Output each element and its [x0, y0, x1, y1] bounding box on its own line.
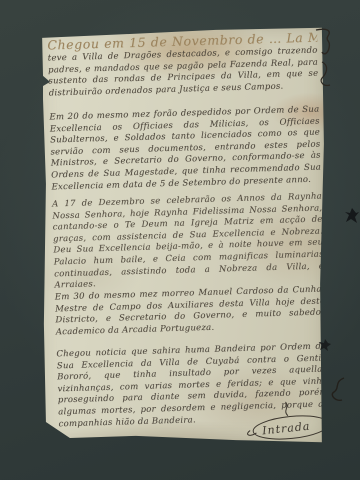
paragraph-arrival-body: teve a Villa de Dragões destacados, e co…	[48, 46, 319, 99]
paragraph-queen-birthday: A 17 de Dezembro se celebrarão os Annos …	[52, 191, 325, 292]
paragraph-dismissal: Em 20 do mesmo mez forão despedidos por …	[49, 105, 321, 194]
ink-blot-small-icon	[318, 338, 332, 352]
ink-flourish-icon	[324, 376, 348, 406]
ink-squiggle-icon	[312, 26, 338, 60]
manuscript-page: Chegou em 15 de Novembro de … La Ma… tev…	[36, 24, 328, 446]
ink-curl-icon	[316, 60, 336, 90]
ink-blot-icon	[344, 206, 360, 226]
photograph-of-manuscript: Chegou em 15 de Novembro de … La Ma… tev…	[0, 0, 360, 480]
handwriting-layer: Chegou em 15 de Novembro de … La Ma… tev…	[36, 16, 340, 446]
paragraph-arrival: Chegou em 15 de Novembro de … La Ma… tev…	[47, 30, 319, 100]
paragraph-death-notice: Em 30 do mesmo mez morreo Manuel Cardoso…	[55, 284, 326, 338]
